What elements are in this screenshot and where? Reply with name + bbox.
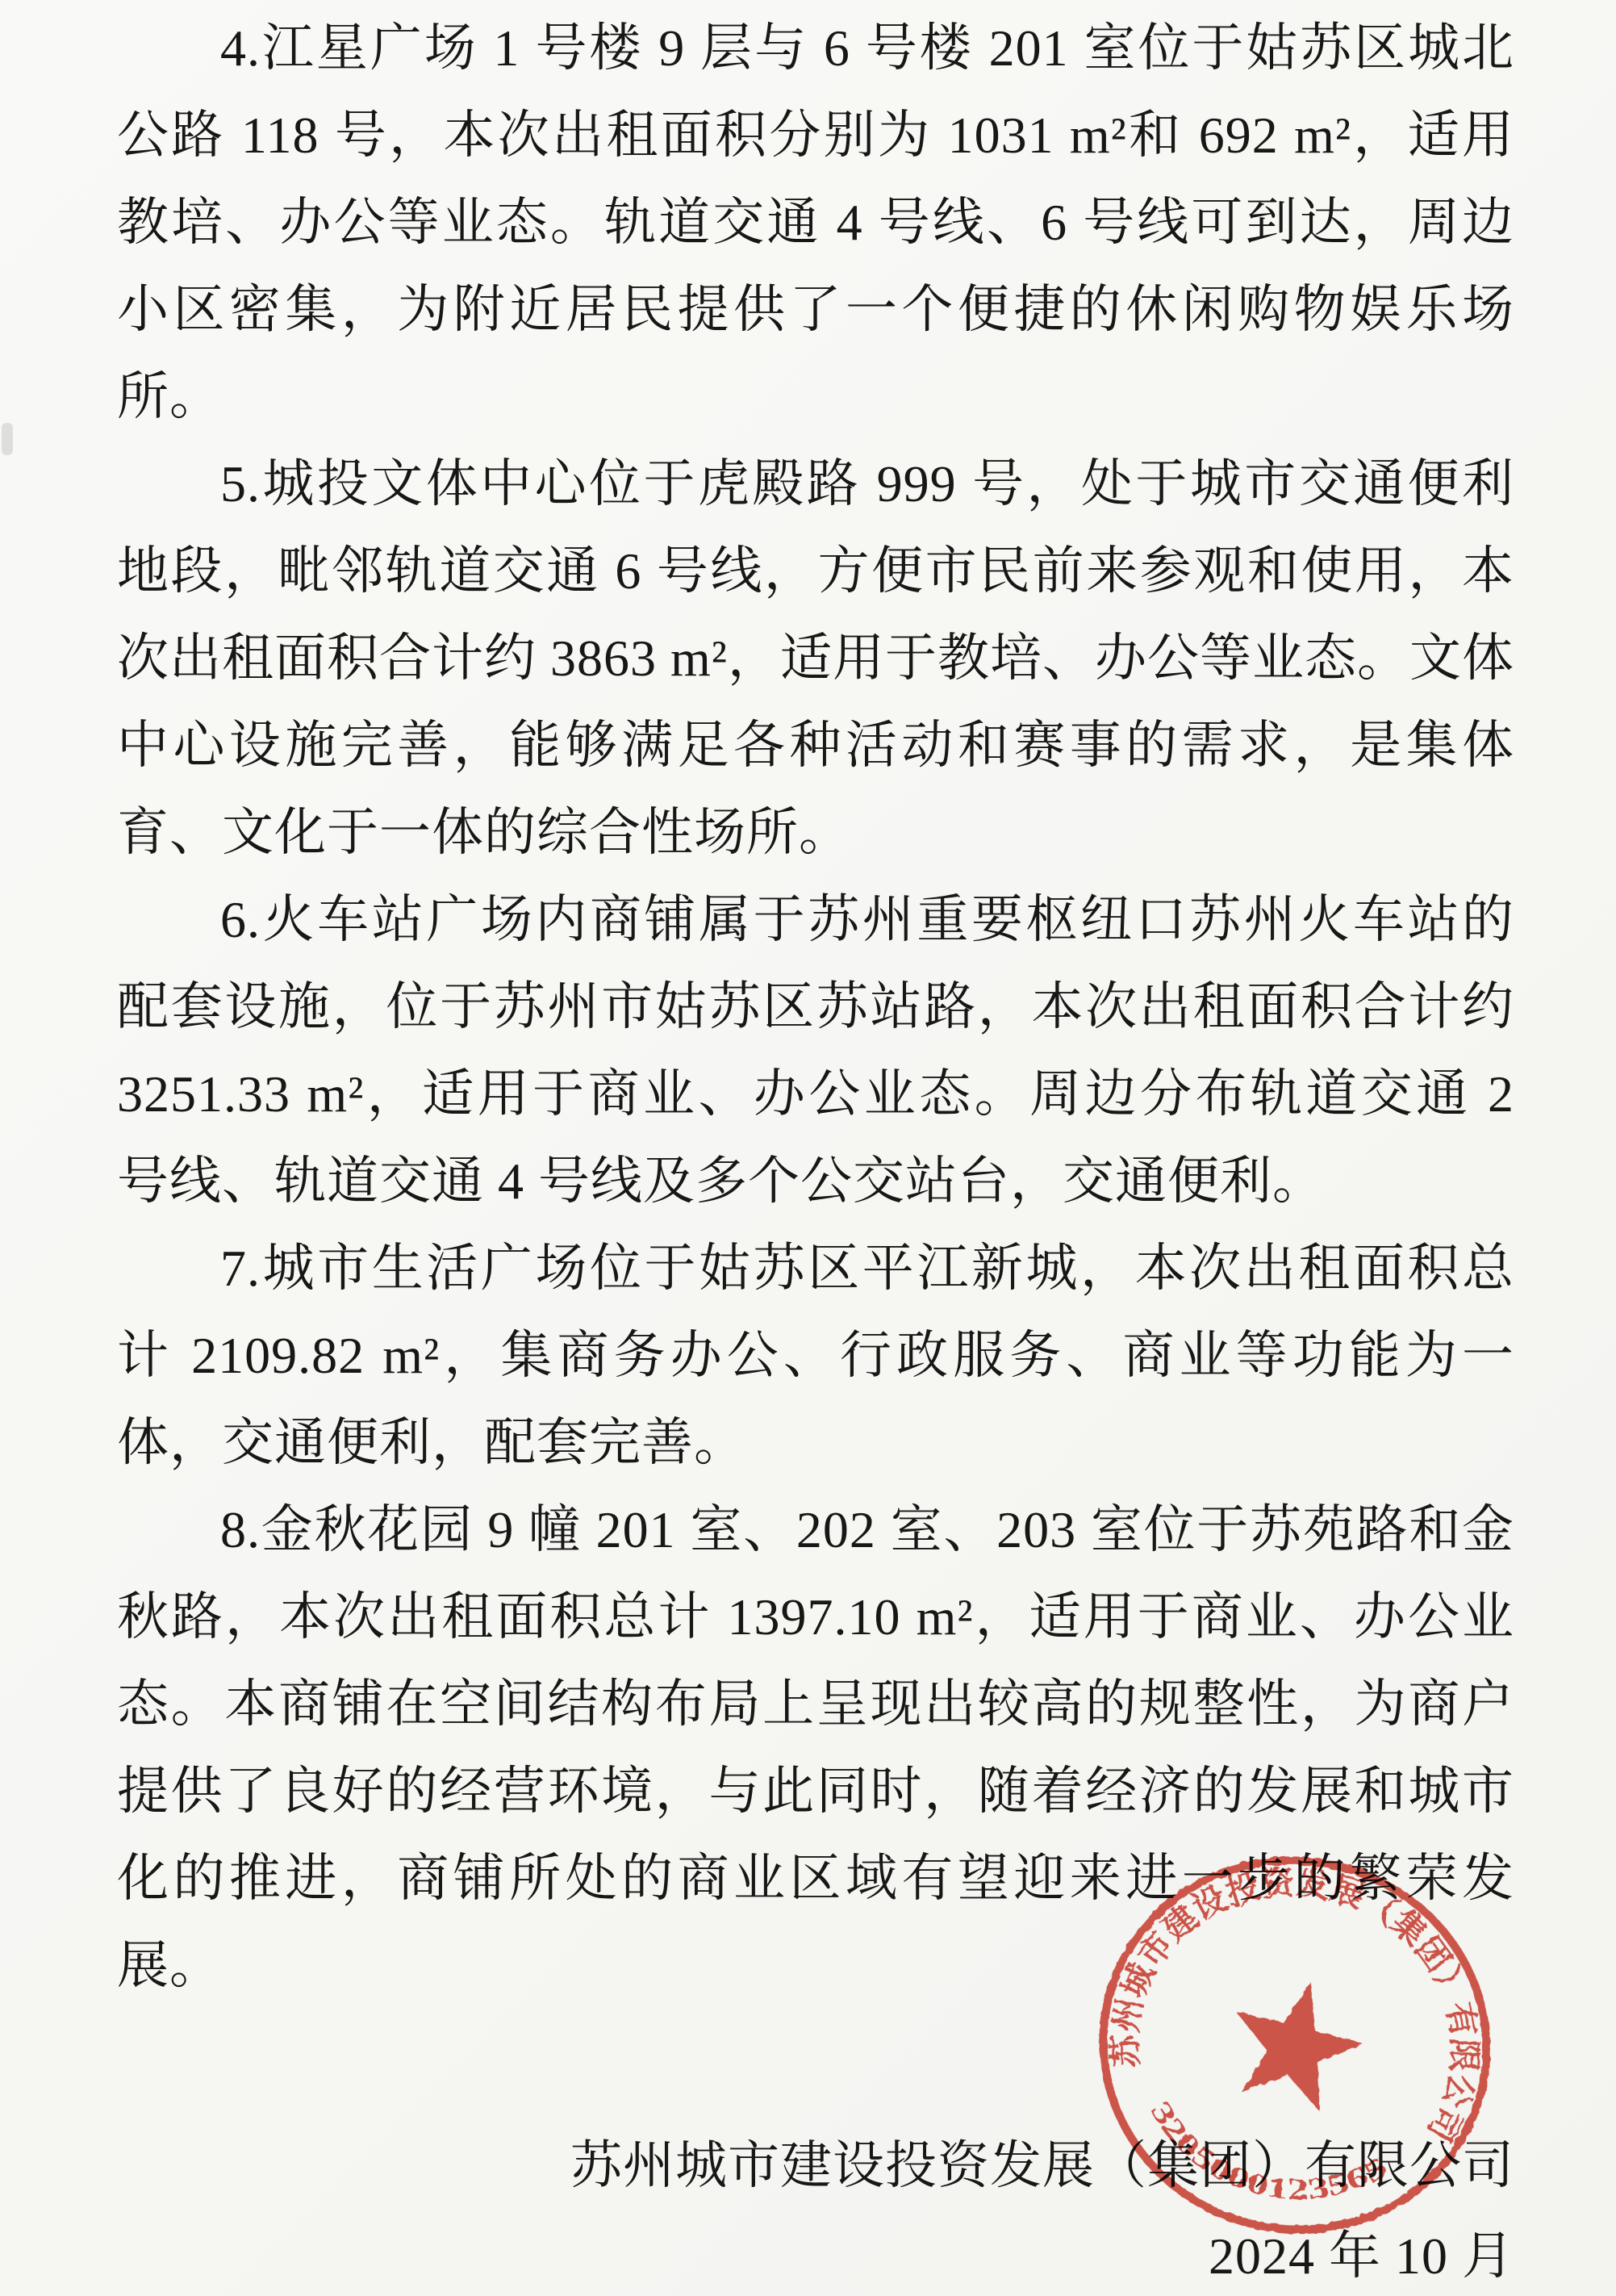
paragraph-4: 4.江星广场 1 号楼 9 层与 6 号楼 201 室位于姑苏区城北公路 118… (117, 5, 1514, 441)
signature-date: 2024 年 10 月 (117, 2211, 1514, 2296)
paragraph-5: 5.城投文体中心位于虎殿路 999 号，处于城市交通便利地段，毗邻轨道交通 6 … (117, 441, 1514, 876)
signature-company: 苏州城市建设投资发展（集团）有限公司 (117, 2121, 1514, 2211)
paragraph-7: 7.城市生活广场位于姑苏区平江新城，本次出租面积总计 2109.82 m²，集商… (117, 1225, 1514, 1487)
body-text: 4.江星广场 1 号楼 9 层与 6 号楼 201 室位于姑苏区城北公路 118… (117, 5, 1514, 2296)
paragraph-8: 8.金秋花园 9 幢 201 室、202 室、203 室位于苏苑路和金秋路，本次… (117, 1487, 1514, 2010)
signature-block: 苏州城市建设投资发展（集团）有限公司 2024 年 10 月 (117, 2121, 1514, 2296)
document-page: 4.江星广场 1 号楼 9 层与 6 号楼 201 室位于姑苏区城北公路 118… (0, 0, 1616, 2296)
paragraph-6: 6.火车站广场内商铺属于苏州重要枢纽口苏州火车站的配套设施，位于苏州市姑苏区苏站… (117, 876, 1514, 1225)
scan-artifact (2, 423, 13, 455)
